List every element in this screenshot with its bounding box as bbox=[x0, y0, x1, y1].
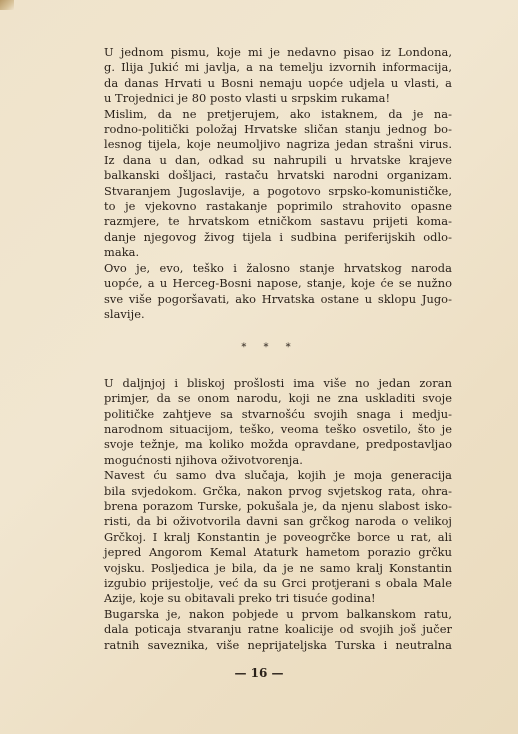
text-line: vojsku. Posljedica je bila, da je ne sam… bbox=[82, 561, 452, 576]
page-corner-wear bbox=[0, 0, 14, 10]
text-line: risti, da bi oživotvorila davni san grčk… bbox=[82, 514, 452, 529]
text-line: da danas Hrvati u Bosni nemaju uopće udj… bbox=[82, 76, 452, 91]
text-line: u Trojednici je 80 posto vlasti u srpski… bbox=[82, 91, 452, 106]
text-line: Mislim, da ne pretjerujem, ako istaknem,… bbox=[82, 107, 452, 122]
text-line: slavije. bbox=[82, 307, 452, 322]
paragraph-london-letter: U jednom pismu, koje mi je nedavno pisao… bbox=[82, 45, 452, 107]
text-line: jepred Angorom Kemal Ataturk hametom por… bbox=[82, 545, 452, 560]
text-line: primjer, da se onom narodu, koji ne zna … bbox=[82, 391, 452, 406]
text-line: to je vjekovno rastakanje poprimilo stra… bbox=[82, 199, 452, 214]
text-line: bila svjedokom. Grčka, nakon prvog svjet… bbox=[82, 484, 452, 499]
text-line: Bugarska je, nakon pobjede u prvom balka… bbox=[82, 607, 452, 622]
text-line: Azije, koje su obitavali preko tri tisuć… bbox=[82, 591, 452, 606]
text-line: svoje težnje, ma koliko možda opravdane,… bbox=[82, 437, 452, 452]
text-line: narodnom situacijom, teško, veoma teško … bbox=[82, 422, 452, 437]
paragraph-greece-example: Navest ću samo dva slučaja, kojih je moj… bbox=[82, 468, 452, 607]
text-line: Navest ću samo dva slučaja, kojih je moj… bbox=[82, 468, 452, 483]
page-body-text: U jednom pismu, koje mi je nedavno pisao… bbox=[82, 45, 452, 653]
text-line: sve više pogoršavati, ako Hrvatska ostan… bbox=[82, 292, 452, 307]
text-line: Grčkoj. I kralj Konstantin je poveogrčke… bbox=[82, 530, 452, 545]
paragraph-herceg-bosna: Ovo je, evo, teško i žalosno stanje hrva… bbox=[82, 261, 452, 323]
text-line: izgubio prijestolje, već da su Grci prot… bbox=[82, 576, 452, 591]
text-line: razmjere, te hrvatskom etničkom sastavu … bbox=[82, 214, 452, 229]
paragraph-historical-examples: U daljnjoj i bliskoj prošlosti ima više … bbox=[82, 376, 452, 468]
text-line: ratnih saveznika, više neprijateljska Tu… bbox=[82, 638, 452, 653]
text-line: dala poticaja stvaranju ratne koalicije … bbox=[82, 622, 452, 637]
text-line: Stvaranjem Jugoslavije, a pogotovo srpsk… bbox=[82, 184, 452, 199]
text-line: U daljnjoj i bliskoj prošlosti ima više … bbox=[82, 376, 452, 391]
section-separator: * * * bbox=[82, 340, 452, 355]
text-line: Iz dana u dan, odkad su nahrupili u hrva… bbox=[82, 153, 452, 168]
text-line: rodno-politički položaj Hrvatske sličan … bbox=[82, 122, 452, 137]
text-line: maka. bbox=[82, 245, 452, 260]
book-page: U jednom pismu, koje mi je nedavno pisao… bbox=[0, 0, 518, 734]
text-line: balkanski došljaci, rastaču hrvatski nar… bbox=[82, 168, 452, 183]
text-line: mogućnosti njihova oživotvorenja. bbox=[82, 453, 452, 468]
text-line: lesnog tijela, koje neumoljivo nagriza j… bbox=[82, 137, 452, 152]
paragraph-bulgaria-example: Bugarska je, nakon pobjede u prvom balka… bbox=[82, 607, 452, 653]
text-line: U jednom pismu, koje mi je nedavno pisao… bbox=[82, 45, 452, 60]
text-line: uopće, a u Herceg-Bosni napose, stanje, … bbox=[82, 276, 452, 291]
text-line: političke zahtjeve sa stvarnošću svojih … bbox=[82, 407, 452, 422]
text-line: danje njegovog živog tijela i sudbina pe… bbox=[82, 230, 452, 245]
text-line: Ovo je, evo, teško i žalosno stanje hrva… bbox=[82, 261, 452, 276]
paragraph-virus-metaphor: Mislim, da ne pretjerujem, ako istaknem,… bbox=[82, 107, 452, 261]
text-line: g. Ilija Jukić mi javlja, a na temelju i… bbox=[82, 60, 452, 75]
page-number: — 16 — bbox=[0, 666, 518, 680]
text-line: brena porazom Turske, pokušala je, da nj… bbox=[82, 499, 452, 514]
